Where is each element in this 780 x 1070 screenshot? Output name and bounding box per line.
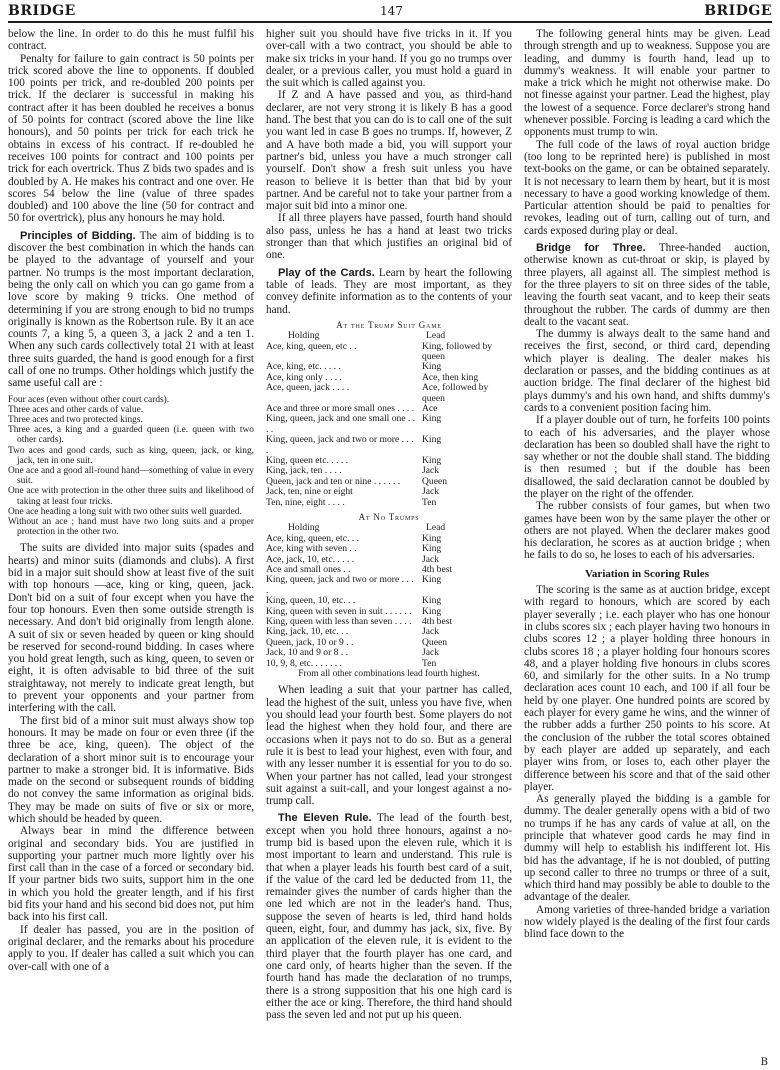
running-header: BRIDGE 147 BRIDGE [0,0,780,22]
paragraph: If all three players have passed, fourth… [266,212,512,261]
section-heading-bidding: Principles of Bidding. [20,230,136,242]
table-row: King, queen, jack and one small one . . … [266,414,512,435]
bidding-list: Four aces (even without other court card… [8,395,254,538]
paragraph: If a player double out of turn, he forfe… [524,414,770,500]
list-item: Three aces, a king and a guarded queen (… [8,425,254,445]
paragraph-text: The aim of bidding is to discover the be… [8,230,254,390]
column-3: The following general hints may be given… [524,28,770,941]
list-item: One ace and a good all-round hand—someth… [8,466,254,486]
list-item: Two aces and good cards, such as king, q… [8,446,254,466]
lead-cell: Ten [416,498,512,508]
paragraph: The first bid of a minor suit must alway… [8,715,254,826]
table-row: 10, 9, 8, etc. . . . . . .Ten [266,659,512,669]
column-header-holding: Holding [266,331,416,341]
lead-cell: Ten [416,659,512,669]
table-row: King, queen, jack and two or more . . . … [266,575,512,596]
header-right-title: BRIDGE [704,3,772,19]
list-item: Four aces (even without other court card… [8,395,254,405]
table-header: Holding Lead [266,331,512,341]
holding-cell: Ten, nine, eight . . . . [266,498,416,508]
holding-cell: Ace, queen, jack . . . . [266,383,416,404]
paragraph: The suits are divided into major suits (… [8,542,254,714]
column-1: below the line. In order to do this he m… [8,28,254,973]
paragraph-text: Three-handed auction, otherwise known as… [524,242,770,328]
paragraph: Penalty for failure to gain contract is … [8,53,254,225]
lead-cell: King [416,575,512,596]
table-row: King, queen, jack and two or more . . . … [266,435,512,456]
holding-cell: King, queen, jack and one small one . . … [266,414,416,435]
paragraph-text: The lead of the fourth best, except when… [266,812,512,1021]
holding-cell: 10, 9, 8, etc. . . . . . . [266,659,416,669]
section-heading-eleven-rule: The Eleven Rule. [278,812,372,824]
table-row: Ten, nine, eight . . . .Ten [266,498,512,508]
holding-cell: Ace, king with seven . . [266,544,416,554]
paragraph-eleven-rule: The Eleven Rule. The lead of the fourth … [266,812,512,1021]
holding-cell: King, queen, jack and two or more . . . … [266,575,416,596]
lead-cell: King [416,435,512,456]
list-item: One ace with protection in the other thr… [8,486,254,506]
paragraph: The full code of the laws of royal aucti… [524,139,770,237]
signature-mark: B [761,1057,768,1068]
paragraph: When leading a suit that your partner ha… [266,684,512,807]
paragraph-bridge-for-three: Bridge for Three. Three-handed auction, … [524,242,770,328]
lead-cell: King [416,544,512,554]
paragraph-play: Play of the Cards. Learn by heart the fo… [266,267,512,316]
paragraph: The dummy is always dealt to the same ha… [524,328,770,414]
list-item: Without an ace ; hand must have two long… [8,517,254,537]
list-item: Three aces and other cards of value. [8,405,254,415]
table-row: Ace, king, queen, etc . .King, followed … [266,342,512,363]
paragraph: higher suit you should have five tricks … [266,28,512,89]
encyclopedia-page: BRIDGE 147 BRIDGE below the line. In ord… [0,0,780,1070]
holding-cell: King, queen, jack and two or more . . . … [266,435,416,456]
column-2: higher suit you should have five tricks … [266,28,512,1021]
paragraph: The following general hints may be given… [524,28,770,139]
trump-lead-table: At the Trump Suit Game Holding Lead Ace,… [266,319,512,508]
holding-cell: Ace, king, queen, etc . . [266,342,416,363]
paragraph: Among varieties of three-handed bridge a… [524,904,770,941]
header-left-title: BRIDGE [8,3,76,19]
lead-cell: King [416,414,512,435]
paragraph: As generally played the bidding is a gam… [524,793,770,904]
table-footnote: From all other combinations lead fourth … [266,669,512,679]
paragraph: If Z and A have passed and you, as third… [266,89,512,212]
section-heading-play: Play of the Cards. [278,267,375,279]
no-trump-lead-table: At No Trumps Holding Lead Ace, king, que… [266,511,512,679]
paragraph: below the line. In order to do this he m… [8,28,254,53]
column-header-lead: Lead [416,331,445,341]
lead-cell: Ace, followed by queen [416,383,512,404]
page-number: 147 [380,4,403,18]
paragraph: The scoring is the same as at auction br… [524,584,770,793]
table-row: Ace, queen, jack . . . .Ace, followed by… [266,383,512,404]
header-rule [8,21,772,23]
list-item: One ace heading a long suit with two oth… [8,507,254,517]
paragraph: If dealer has passed, you are in the pos… [8,924,254,973]
list-item: Three aces and two protected kings. [8,415,254,425]
section-heading-bridge-for-three: Bridge for Three. [536,242,646,254]
table-row: Ace, king with seven . .King [266,544,512,554]
paragraph: Always bear in mind the difference betwe… [8,825,254,923]
section-heading-variation: Variation in Scoring Rules [524,568,770,580]
lead-cell: King, followed by queen [416,342,512,363]
paragraph-bidding: Principles of Bidding. The aim of biddin… [8,230,254,390]
paragraph: The rubber consists of four games, but w… [524,500,770,561]
